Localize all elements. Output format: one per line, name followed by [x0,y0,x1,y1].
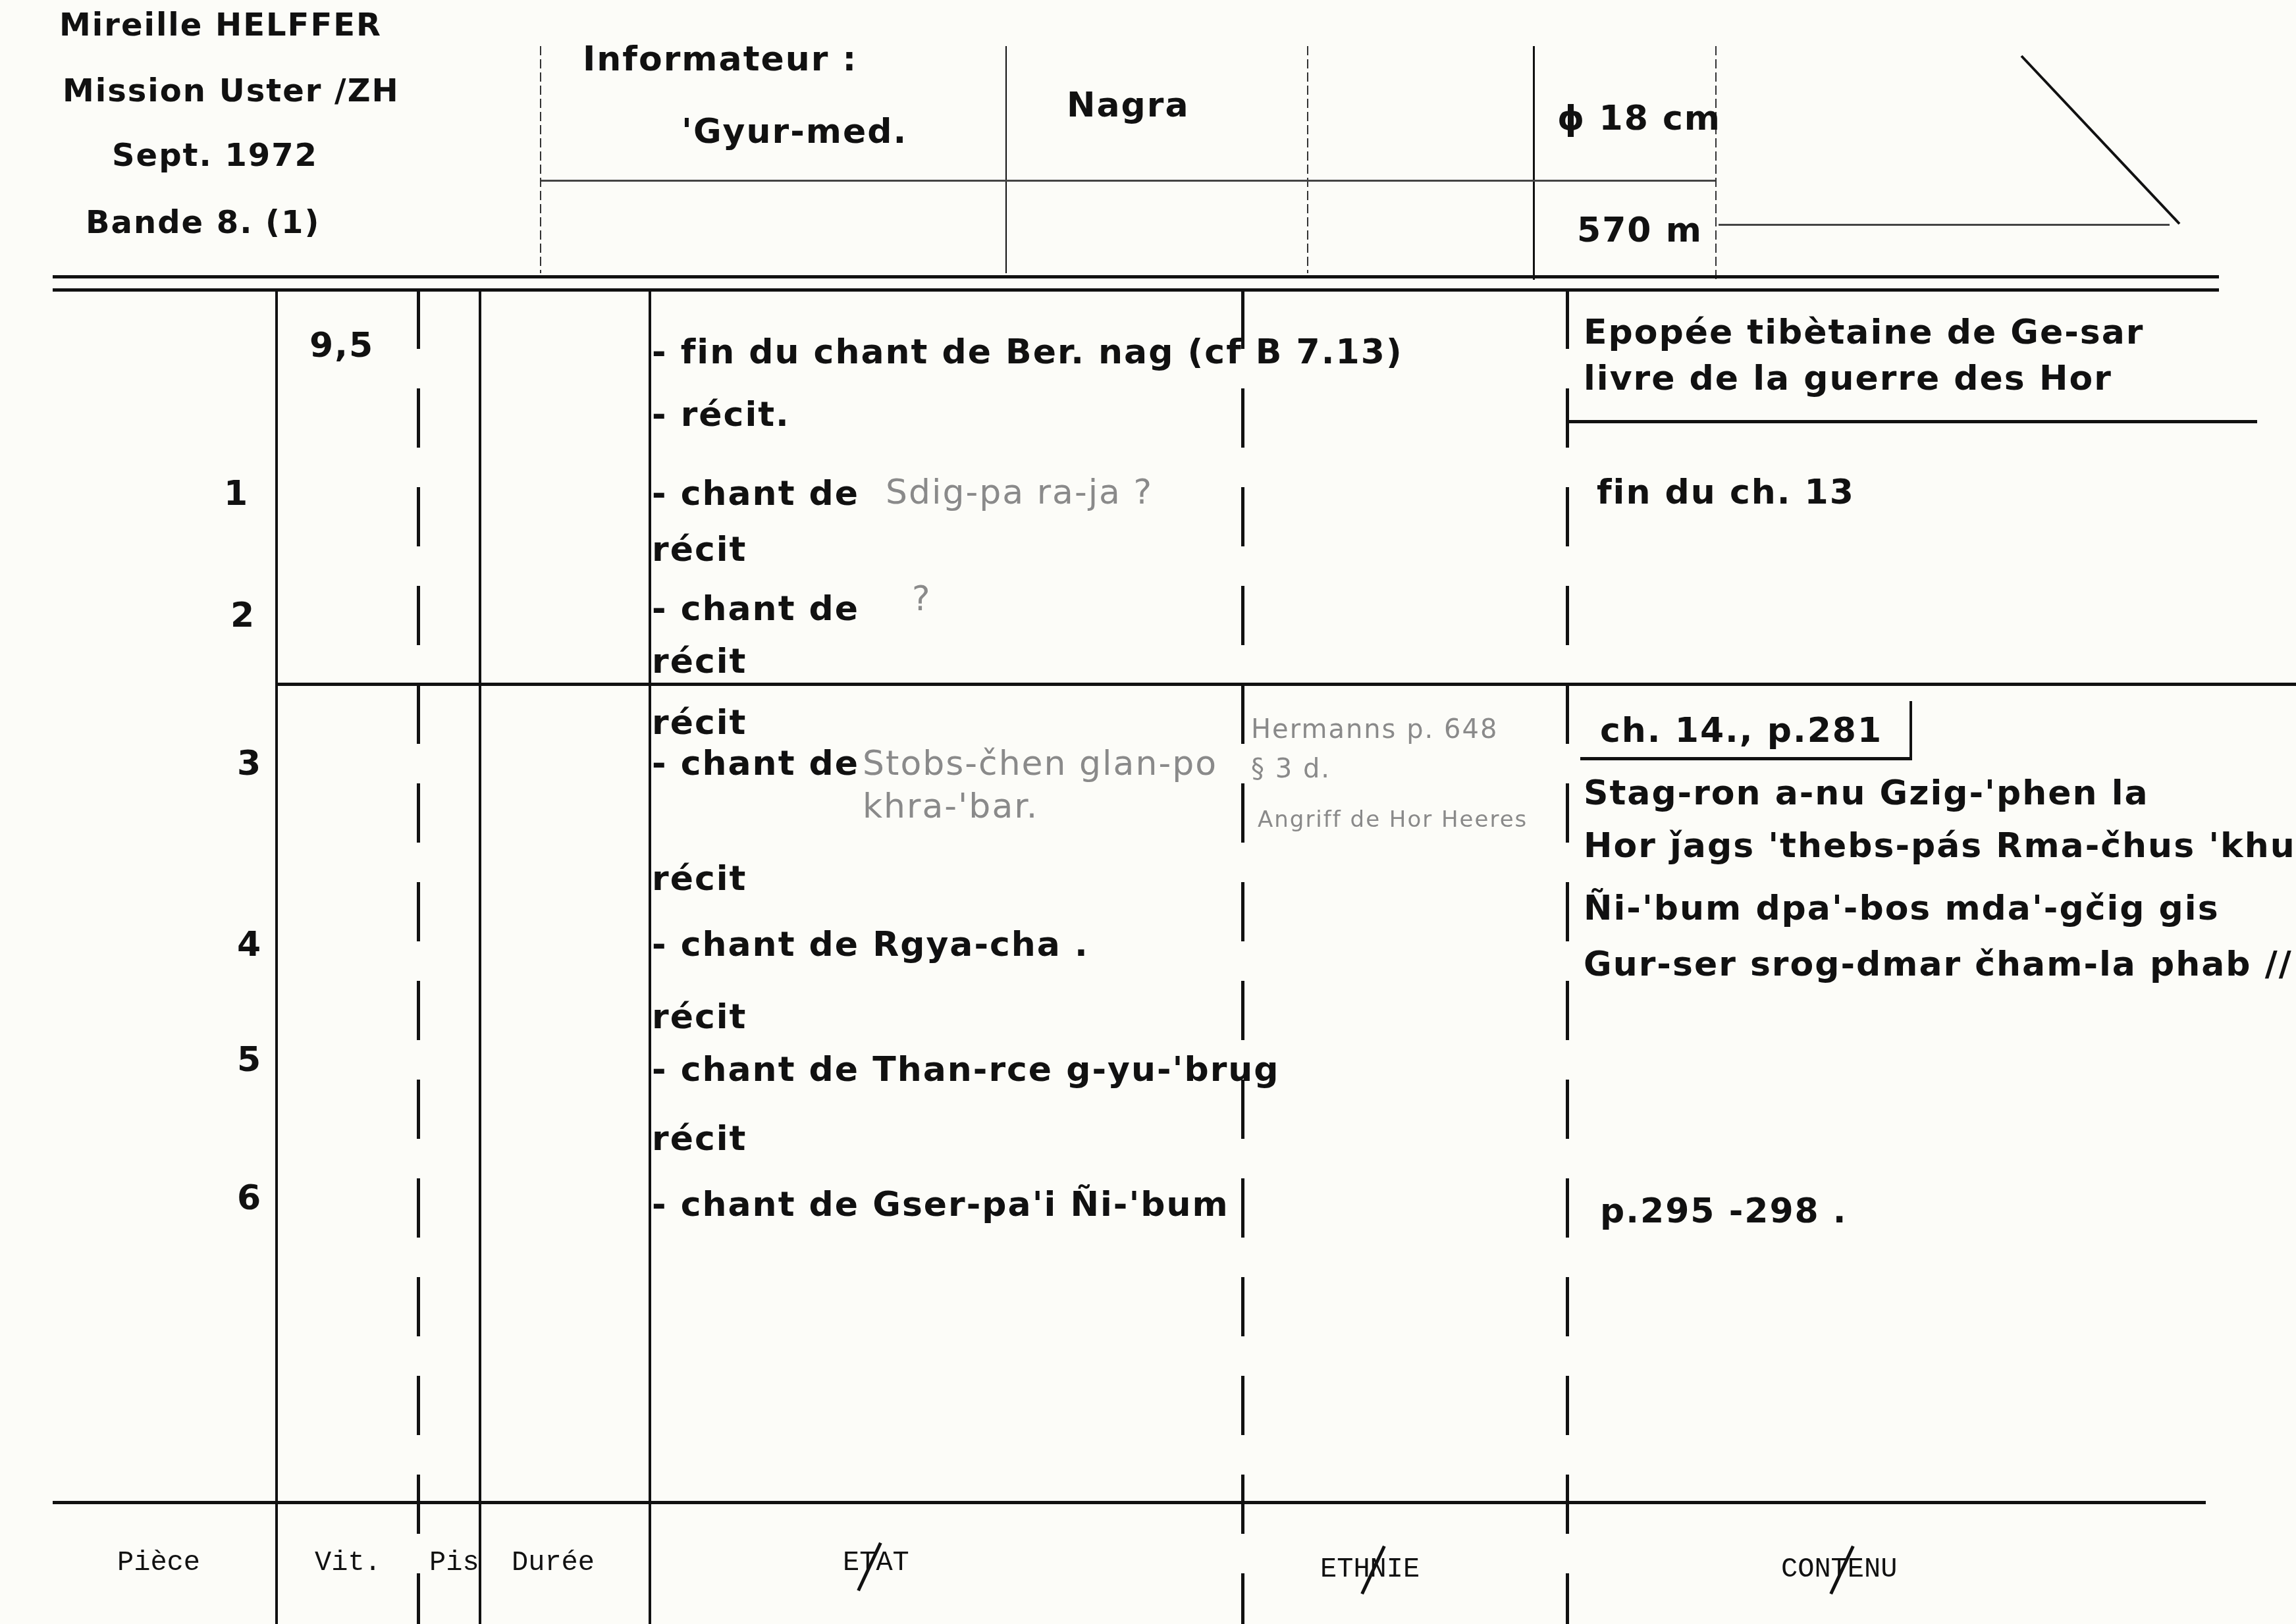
song-title-pencil: Stobs-čhen glan-po [863,744,1217,783]
verse-line: Stag-ron a-nu Gzig-'phen la [1584,773,2149,813]
piece-number: 5 [237,1040,262,1080]
column-line-duree [479,290,481,1624]
header-rule [53,288,2219,292]
header-divider [540,46,541,273]
column-line-contenu [1566,290,1569,1624]
header-row-divider [541,180,1664,182]
piece-number: 1 [224,474,249,513]
contenu-title: Epopée tibètaine de Ge-sar [1584,313,2144,352]
piece-number: 3 [237,744,262,783]
song-title-pencil: Sdig-pa ra-ja ? [886,473,1153,512]
chapter-reference: ch. 14., p.281 [1600,711,1882,750]
header-divider [1715,46,1717,280]
etat-entry: récit [652,859,747,899]
author-name: Mireille HELFFER [59,7,382,43]
ethnie-reference: Angriff de Hor Heeres [1258,806,1528,833]
column-line-pis [417,290,420,1624]
footer-label-piece: Pièce [117,1547,200,1579]
recorder-model: Nagra [1067,86,1190,125]
chapter-box: ch. 14., p.281 [1580,701,1912,760]
etat-entry: - fin du chant de Ber. nag (cf B 7.13) [652,332,1403,372]
etat-entry: récit [652,997,747,1037]
etat-entry: - récit. [652,395,790,434]
etat-entry: - chant de [652,589,859,629]
piece-number: 6 [237,1178,262,1218]
ethnie-reference: Hermanns p. 648 [1251,714,1498,745]
header-row-divider [1534,180,1715,182]
header-rule [53,275,2219,278]
etat-entry: récit [652,703,747,743]
informant-label: Informateur : [583,39,857,79]
header-divider [1307,46,1308,273]
contenu-entry: p.295 -298 . [1600,1192,1848,1231]
verse-line: Gur-ser srog-dmar čham-la phab // [1584,945,2293,984]
tape-number: Bande 8. (1) [86,204,320,241]
title-underline [1566,420,2257,423]
etat-entry: récit [652,530,747,569]
footer-label-contenu: CONTENU [1781,1554,1897,1585]
footer-label-vitesse: Vit. [315,1547,381,1579]
contenu-title: livre de la guerre des Hor [1584,359,2112,398]
footer-label-piste: Pis [429,1547,479,1579]
section-divider [275,683,2296,686]
column-line-ethnie [1241,290,1244,1624]
footer-rule [53,1501,2206,1504]
informant-name: 'Gyur-med. [681,112,907,151]
verse-line: Hor ǰags 'thebs-pás Rma-čhus 'khur [1584,826,2296,866]
footer-label-duree: Durée [512,1547,595,1579]
tape-length: 570 m [1577,211,1703,250]
song-title-pencil: ? [912,579,932,619]
reel-diameter: ϕ 18 cm [1557,99,1721,138]
header-divider [1533,46,1535,280]
header-divider [1005,46,1007,273]
etat-entry: - chant de [652,744,859,783]
song-title-pencil: khra-'bar. [863,787,1038,826]
etat-entry: - chant de Rgya-cha . [652,925,1089,964]
verse-line: Ñi-'bum dpa'-bos mda'-gčig gis [1584,889,2220,928]
column-line-etat [649,290,651,1624]
etat-entry: - chant de Than-rce g-yu-'brug [652,1050,1280,1089]
contenu-entry: fin du ch. 13 [1597,473,1855,512]
column-line-vit [275,290,278,1624]
ethnie-reference: § 3 d. [1251,754,1331,784]
etat-entry: récit [652,1119,747,1159]
recording-date: Sept. 1972 [112,137,318,174]
piece-number: 4 [237,925,262,964]
piece-number: 2 [230,596,255,635]
etat-entry: - chant de Gser-pa'i Ñi-'bum [652,1185,1229,1224]
etat-entry: - chant de [652,474,859,513]
diagonal-corner-mark [2015,53,2186,230]
speed-value: 9,5 [309,326,374,365]
etat-entry: récit [652,642,747,681]
mission-location: Mission Uster /ZH [63,72,400,109]
